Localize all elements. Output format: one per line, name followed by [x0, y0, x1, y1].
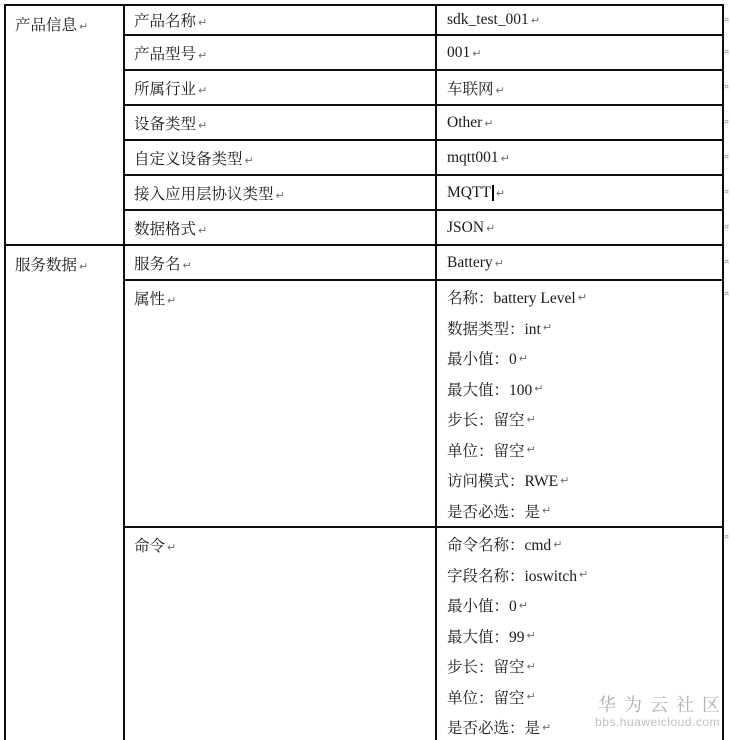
row-end-mark-icon: ¤ — [724, 118, 729, 126]
watermark: 华为云社区 bbs.huaweicloud.com — [595, 695, 720, 729]
paragraph-mark-icon: ↵ — [519, 600, 528, 611]
paragraph-mark-icon: ↵ — [167, 541, 176, 554]
row-end-mark-icon: ¤ — [724, 290, 729, 298]
list-item: 最小值：0↵ — [447, 343, 720, 374]
paragraph-mark-icon: ↵ — [527, 661, 536, 672]
text-cursor — [492, 185, 494, 201]
row-value: JSON↵ — [436, 210, 723, 245]
row-end-mark-icon: ¤ — [724, 258, 729, 266]
table-row: 服务数据↵ 服务名↵ Battery↵ — [5, 245, 723, 280]
paragraph-mark-icon: ↵ — [527, 630, 536, 641]
list-item: 步长：留空↵ — [447, 651, 720, 682]
group-label: 服务数据 — [15, 257, 77, 274]
list-item: 是否必选：是↵ — [447, 496, 720, 527]
paragraph-mark-icon: ↵ — [519, 353, 528, 364]
row-label: 命令↵ — [124, 527, 436, 740]
list-item: 字段名称：ioswitch↵ — [447, 560, 720, 591]
list-item: 最小值：0↵ — [447, 590, 720, 621]
group-label: 产品信息 — [15, 17, 77, 34]
paragraph-mark-icon: ↵ — [543, 322, 552, 333]
list-item: 名称：battery Level↵ — [447, 282, 720, 313]
row-label: 产品型号↵ — [124, 35, 436, 70]
row-label: 数据格式↵ — [124, 210, 436, 245]
row-value: 001↵ — [436, 35, 723, 70]
paragraph-mark-icon: ↵ — [79, 20, 88, 33]
attribute-detail-list: 名称：battery Level↵ 数据类型：int↵ 最小值：0↵ 最大值：1… — [436, 280, 723, 527]
paragraph-mark-icon: ↵ — [495, 257, 504, 270]
paragraph-mark-icon: ↵ — [245, 154, 254, 167]
list-item: 步长：留空↵ — [447, 404, 720, 435]
product-definition-table: 产品信息↵ 产品名称↵ sdk_test_001↵ 产品型号↵ 001↵ 所属行… — [4, 4, 724, 740]
group-cell-service-data: 服务数据↵ — [5, 245, 124, 740]
paragraph-mark-icon: ↵ — [183, 259, 192, 272]
row-value: Battery↵ — [436, 245, 723, 280]
list-item: 单位：留空↵ — [447, 435, 720, 466]
paragraph-mark-icon: ↵ — [198, 119, 207, 132]
paragraph-mark-icon: ↵ — [79, 260, 88, 273]
row-value-with-caret: MQTT↵ — [436, 175, 723, 210]
paragraph-mark-icon: ↵ — [501, 152, 510, 165]
paragraph-mark-icon: ↵ — [534, 383, 543, 394]
paragraph-mark-icon: ↵ — [472, 47, 481, 60]
paragraph-mark-icon: ↵ — [486, 222, 495, 235]
row-end-mark-icon: ¤ — [724, 188, 729, 196]
paragraph-mark-icon: ↵ — [560, 475, 569, 486]
row-end-mark-icon: ¤ — [724, 16, 729, 24]
paragraph-mark-icon: ↵ — [542, 722, 551, 733]
paragraph-mark-icon: ↵ — [527, 444, 536, 455]
row-label: 属性↵ — [124, 280, 436, 527]
paragraph-mark-icon: ↵ — [198, 49, 207, 62]
list-item: 最大值：100↵ — [447, 374, 720, 405]
group-cell-product-info: 产品信息↵ — [5, 5, 124, 245]
paragraph-mark-icon: ↵ — [527, 691, 536, 702]
watermark-title: 华为云社区 — [595, 695, 728, 715]
paragraph-mark-icon: ↵ — [531, 14, 540, 27]
paragraph-mark-icon: ↵ — [484, 117, 493, 130]
paragraph-mark-icon: ↵ — [198, 224, 207, 237]
row-end-mark-icon: ¤ — [724, 153, 729, 161]
paragraph-mark-icon: ↵ — [496, 187, 505, 200]
row-value: sdk_test_001↵ — [436, 5, 723, 35]
row-label: 服务名↵ — [124, 245, 436, 280]
paragraph-mark-icon: ↵ — [527, 414, 536, 425]
row-label: 所属行业↵ — [124, 70, 436, 105]
watermark-url: bbs.huaweicloud.com — [595, 715, 720, 729]
row-value: mqtt001↵ — [436, 140, 723, 175]
paragraph-mark-icon: ↵ — [496, 84, 505, 97]
row-end-mark-icon: ¤ — [724, 223, 729, 231]
paragraph-mark-icon: ↵ — [198, 84, 207, 97]
list-item: 访问模式：RWE↵ — [447, 465, 720, 496]
row-end-mark-icon: ¤ — [724, 533, 729, 541]
list-item: 最大值：99↵ — [447, 621, 720, 652]
row-label: 接入应用层协议类型↵ — [124, 175, 436, 210]
paragraph-mark-icon: ↵ — [579, 569, 588, 580]
row-value: Other↵ — [436, 105, 723, 140]
paragraph-mark-icon: ↵ — [553, 539, 562, 550]
paragraph-mark-icon: ↵ — [578, 292, 587, 303]
table-row: 产品信息↵ 产品名称↵ sdk_test_001↵ — [5, 5, 723, 35]
row-end-mark-icon: ¤ — [724, 83, 729, 91]
list-item: 数据类型：int↵ — [447, 313, 720, 344]
row-end-mark-icon: ¤ — [724, 48, 729, 56]
paragraph-mark-icon: ↵ — [198, 16, 207, 29]
paragraph-mark-icon: ↵ — [167, 294, 176, 307]
row-value: 车联网↵ — [436, 70, 723, 105]
row-label: 产品名称↵ — [124, 5, 436, 35]
paragraph-mark-icon: ↵ — [542, 505, 551, 516]
row-label: 设备类型↵ — [124, 105, 436, 140]
list-item: 命令名称：cmd↵ — [447, 529, 720, 560]
row-label: 自定义设备类型↵ — [124, 140, 436, 175]
paragraph-mark-icon: ↵ — [276, 189, 285, 202]
